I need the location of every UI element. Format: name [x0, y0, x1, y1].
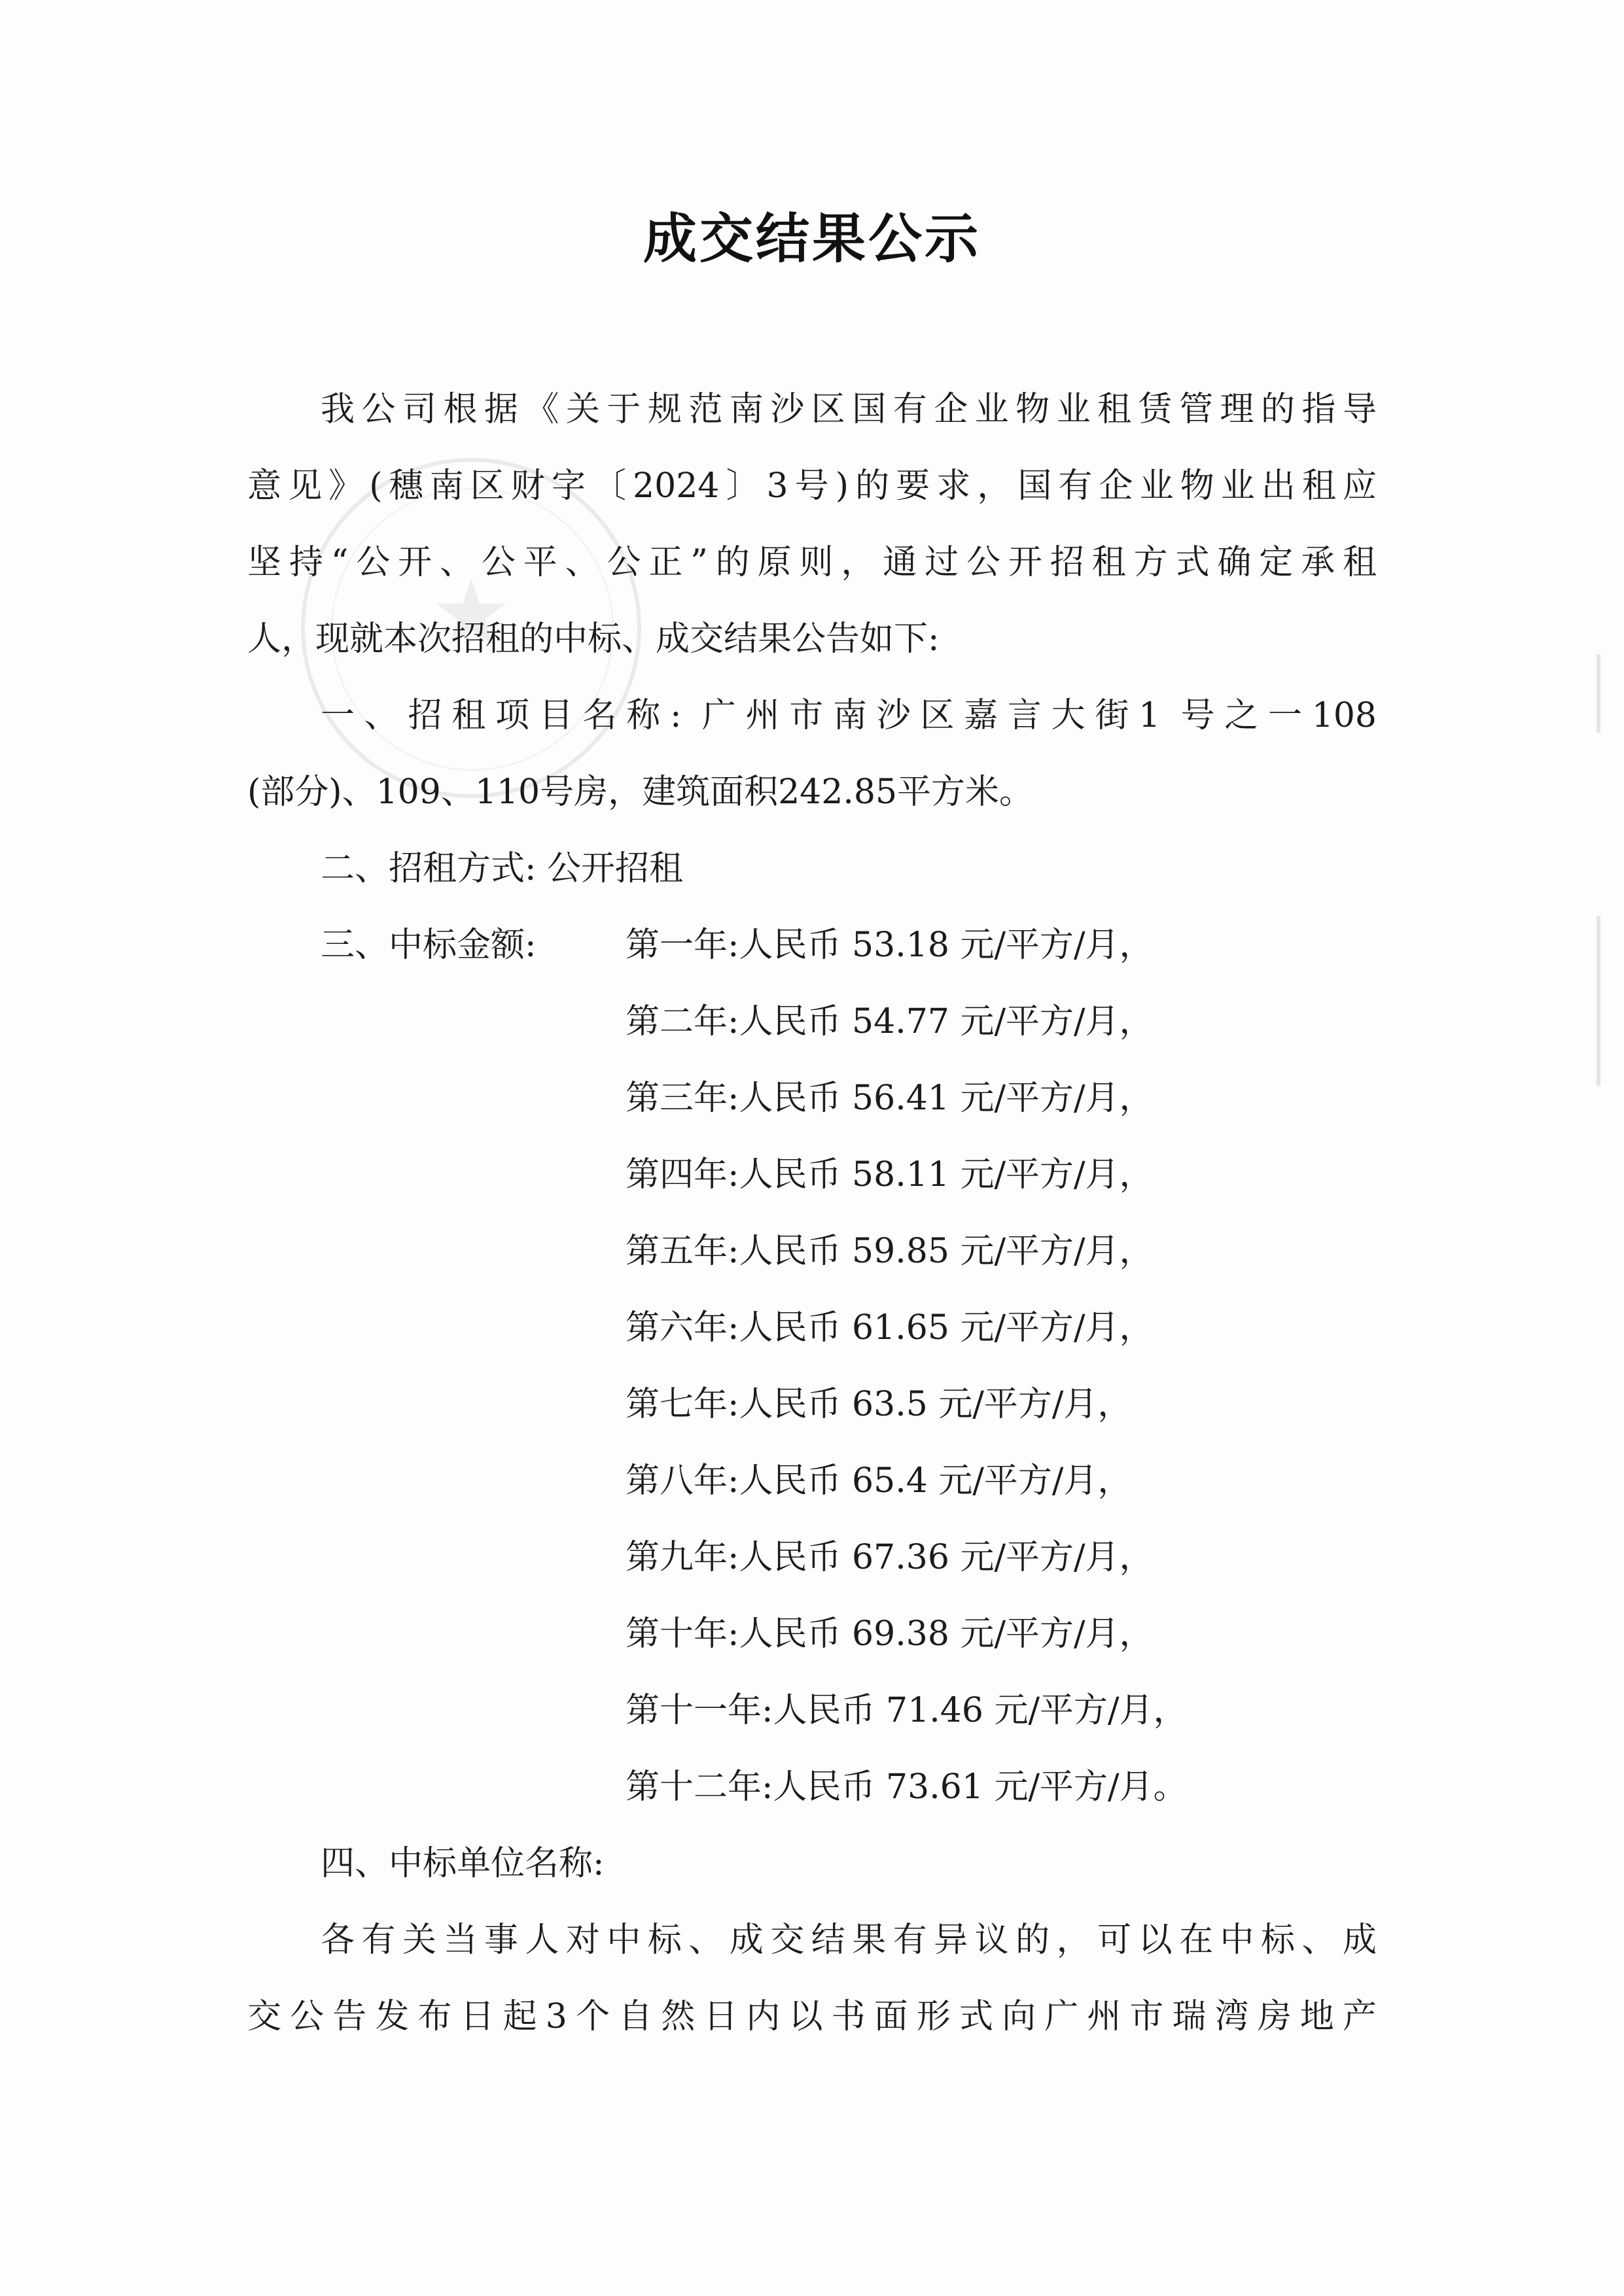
price-row-year-11: 第十一年:人民币 71.46 元/平方/月，: [626, 1691, 1188, 1730]
price-row-year-10: 第十年:人民币 69.38 元/平方/月，: [626, 1614, 1154, 1654]
price-year: 第五年:: [626, 1232, 739, 1271]
price-year: 第十二年:: [626, 1767, 773, 1807]
intro-line-1: 我公司根据《关于规范南沙区国有企业物业租赁管理的指导: [321, 390, 1377, 429]
price-value: 人民币 67.36 元/平方/月，: [739, 1538, 1154, 1577]
price-row-year-4: 第四年:人民币 58.11 元/平方/月，: [626, 1155, 1154, 1194]
scan-edge-mark: [1597, 654, 1600, 733]
section2-tender-method: 二、招租方式: 公开招租: [321, 849, 683, 888]
document-page: ★ 成交结果公示 我公司根据《关于规范南沙区国有企业物业租赁管理的指导 意见》(…: [0, 0, 1624, 2296]
closing-line-1: 各有关当事人对中标、成交结果有异议的，可以在中标、成: [321, 1921, 1377, 1960]
price-year: 第一年:: [626, 926, 739, 965]
price-year: 第三年:: [626, 1079, 739, 1118]
price-value: 人民币 58.11 元/平方/月，: [739, 1155, 1154, 1194]
price-value: 人民币 61.65 元/平方/月，: [739, 1308, 1154, 1348]
price-year: 第十一年:: [626, 1691, 773, 1730]
section3-label: 三、中标金额:: [321, 926, 537, 965]
price-value: 人民币 65.4 元/平方/月，: [739, 1461, 1132, 1501]
price-row-year-1: 第一年:人民币 53.18 元/平方/月，: [626, 926, 1154, 965]
price-value: 人民币 63.5 元/平方/月，: [739, 1385, 1132, 1424]
intro-line-3: 坚持“公开、公平、公正”的原则，通过公开招租方式确定承租: [247, 543, 1377, 582]
price-value: 人民币 73.61 元/平方/月。: [773, 1767, 1188, 1807]
closing-line-2: 交公告发布日起3个自然日内以书面形式向广州市瑞湾房地产: [247, 1997, 1377, 2036]
price-value: 人民币 69.38 元/平方/月，: [739, 1614, 1154, 1654]
section4-winner-label: 四、中标单位名称:: [321, 1844, 605, 1883]
price-row-year-8: 第八年:人民币 65.4 元/平方/月，: [626, 1461, 1131, 1501]
price-row-year-7: 第七年:人民币 63.5 元/平方/月，: [626, 1385, 1131, 1424]
price-row-year-9: 第九年:人民币 67.36 元/平方/月，: [626, 1538, 1154, 1577]
price-year: 第二年:: [626, 1002, 739, 1041]
price-year: 第六年:: [626, 1308, 739, 1348]
section1-line-1: 一、招租项目名称: 广州市南沙区嘉言大街1 号之一108: [321, 696, 1377, 735]
price-row-year-5: 第五年:人民币 59.85 元/平方/月，: [626, 1232, 1154, 1271]
price-row-year-6: 第六年:人民币 61.65 元/平方/月，: [626, 1308, 1154, 1348]
price-value: 人民币 71.46 元/平方/月，: [773, 1691, 1188, 1730]
price-value: 人民币 54.77 元/平方/月，: [739, 1002, 1154, 1041]
price-year: 第四年:: [626, 1155, 739, 1194]
price-year: 第八年:: [626, 1461, 739, 1501]
price-row-year-12: 第十二年:人民币 73.61 元/平方/月。: [626, 1767, 1188, 1807]
price-value: 人民币 53.18 元/平方/月，: [739, 926, 1154, 965]
price-value: 人民币 59.85 元/平方/月，: [739, 1232, 1154, 1271]
price-year: 第十年:: [626, 1614, 739, 1654]
section1-line-2: (部分)、109、110号房，建筑面积242.85平方米。: [247, 773, 1033, 812]
intro-line-2: 意见》(穗南区财字〔2024〕3号)的要求，国有企业物业出租应: [247, 466, 1377, 506]
scan-edge-mark: [1597, 916, 1600, 1086]
price-year: 第九年:: [626, 1538, 739, 1577]
price-value: 人民币 56.41 元/平方/月，: [739, 1079, 1154, 1118]
document-title: 成交结果公示: [0, 196, 1624, 273]
price-row-year-3: 第三年:人民币 56.41 元/平方/月，: [626, 1079, 1154, 1118]
price-year: 第七年:: [626, 1385, 739, 1424]
intro-line-4: 人，现就本次招租的中标、成交结果公告如下:: [247, 619, 940, 659]
price-row-year-2: 第二年:人民币 54.77 元/平方/月，: [626, 1002, 1154, 1041]
